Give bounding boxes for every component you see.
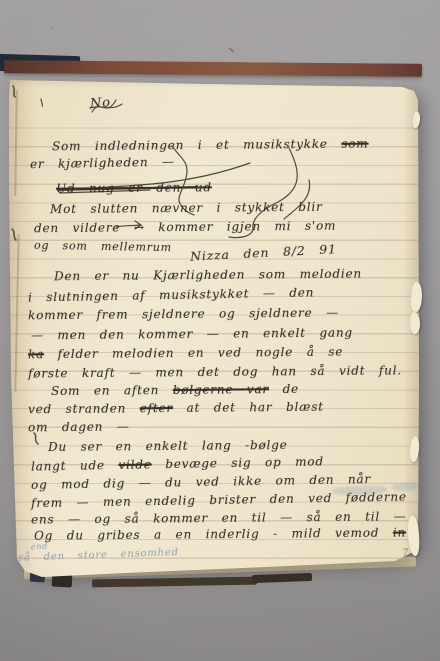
notebook-page: No Som indledningen i et musikstykke som… — [6, 74, 421, 578]
line-text: ved stranden — [28, 401, 126, 416]
line-text: de — [283, 382, 300, 396]
line-text: at det har blæst — [186, 400, 323, 415]
struck-word: vilde — [118, 457, 151, 472]
line-text: der — [420, 525, 440, 539]
heading-text: No — [90, 95, 112, 111]
line-text: er kjærligheden — — [30, 155, 175, 172]
page-number-text: 7 — [402, 548, 408, 559]
manuscript-photo: No Som indledningen i et musikstykke som… — [0, 0, 440, 661]
page-number: 7 — [402, 548, 408, 559]
struck-word: efter — [140, 401, 173, 415]
struck-word: ka — [28, 347, 44, 361]
manuscript-line: ved stranden efter at det har blæst — [28, 400, 324, 417]
manuscript-line: og som mellemrum — [34, 239, 172, 254]
manuscript-line: Som en aften bølgerne var de — [51, 382, 299, 398]
line-text: Du ser en enkelt lang -bølge — [48, 438, 288, 454]
line-text: kommer frem sjeldnere og sjeldnere — — [28, 306, 339, 323]
struck-word: som — [341, 137, 368, 151]
manuscript-line: kommer frem sjeldnere og sjeldnere — — [28, 306, 339, 323]
line-text: langt ude — [31, 458, 105, 473]
line-text: — men den kommer — en enkelt gang — [31, 326, 353, 343]
line-text: om dagen — — [28, 420, 130, 435]
manuscript-line: er kjærligheden — — [30, 155, 175, 172]
page-top-shading — [6, 74, 421, 88]
manuscript-line: Som indledningen i et musikstykke som — [52, 137, 369, 154]
page-wrap: No Som indledningen i et musikstykke som… — [0, 0, 440, 661]
line-text: Ud nug er den ud — [56, 180, 212, 195]
line-text: Som en aften — [51, 383, 159, 398]
line-text: den vildere → kommer igjen mi s'om — [34, 219, 336, 236]
line-text: og som mellemrum — [34, 239, 172, 254]
manuscript-heading: No — [90, 95, 112, 111]
struck-line: Ud nug er den ud — [56, 180, 212, 195]
line-text: Som indledningen i et musikstykke — [52, 137, 328, 153]
manuscript-line: om dagen — — [28, 420, 130, 435]
line-text: Den er nu Kjærligheden som melodien — [54, 267, 362, 284]
manuscript-line: Du ser en enkelt lang -bølge — [48, 438, 288, 454]
line-text: felder melodien en ved nogle å se — [58, 345, 344, 361]
struck-word: bølgerne var — [173, 382, 269, 397]
manuscript-line: Mot slutten nævner i stykket blir — [50, 200, 323, 216]
manuscript-line: ka felder melodien en ved nogle å se — [28, 345, 343, 362]
line-text: Mot slutten nævner i stykket blir — [50, 200, 323, 216]
line-text: bevæge sig op mod — [165, 454, 324, 471]
manuscript-line: Den er nu Kjærligheden som melodien — [54, 267, 362, 284]
line-text: Og du gribes a en inderlig - mild vemod — [34, 526, 379, 543]
struck-word: in — [393, 526, 406, 540]
manuscript-line: den vildere → kommer igjen mi s'om — [34, 219, 336, 236]
manuscript-line: — men den kommer — en enkelt gang — [31, 326, 353, 343]
